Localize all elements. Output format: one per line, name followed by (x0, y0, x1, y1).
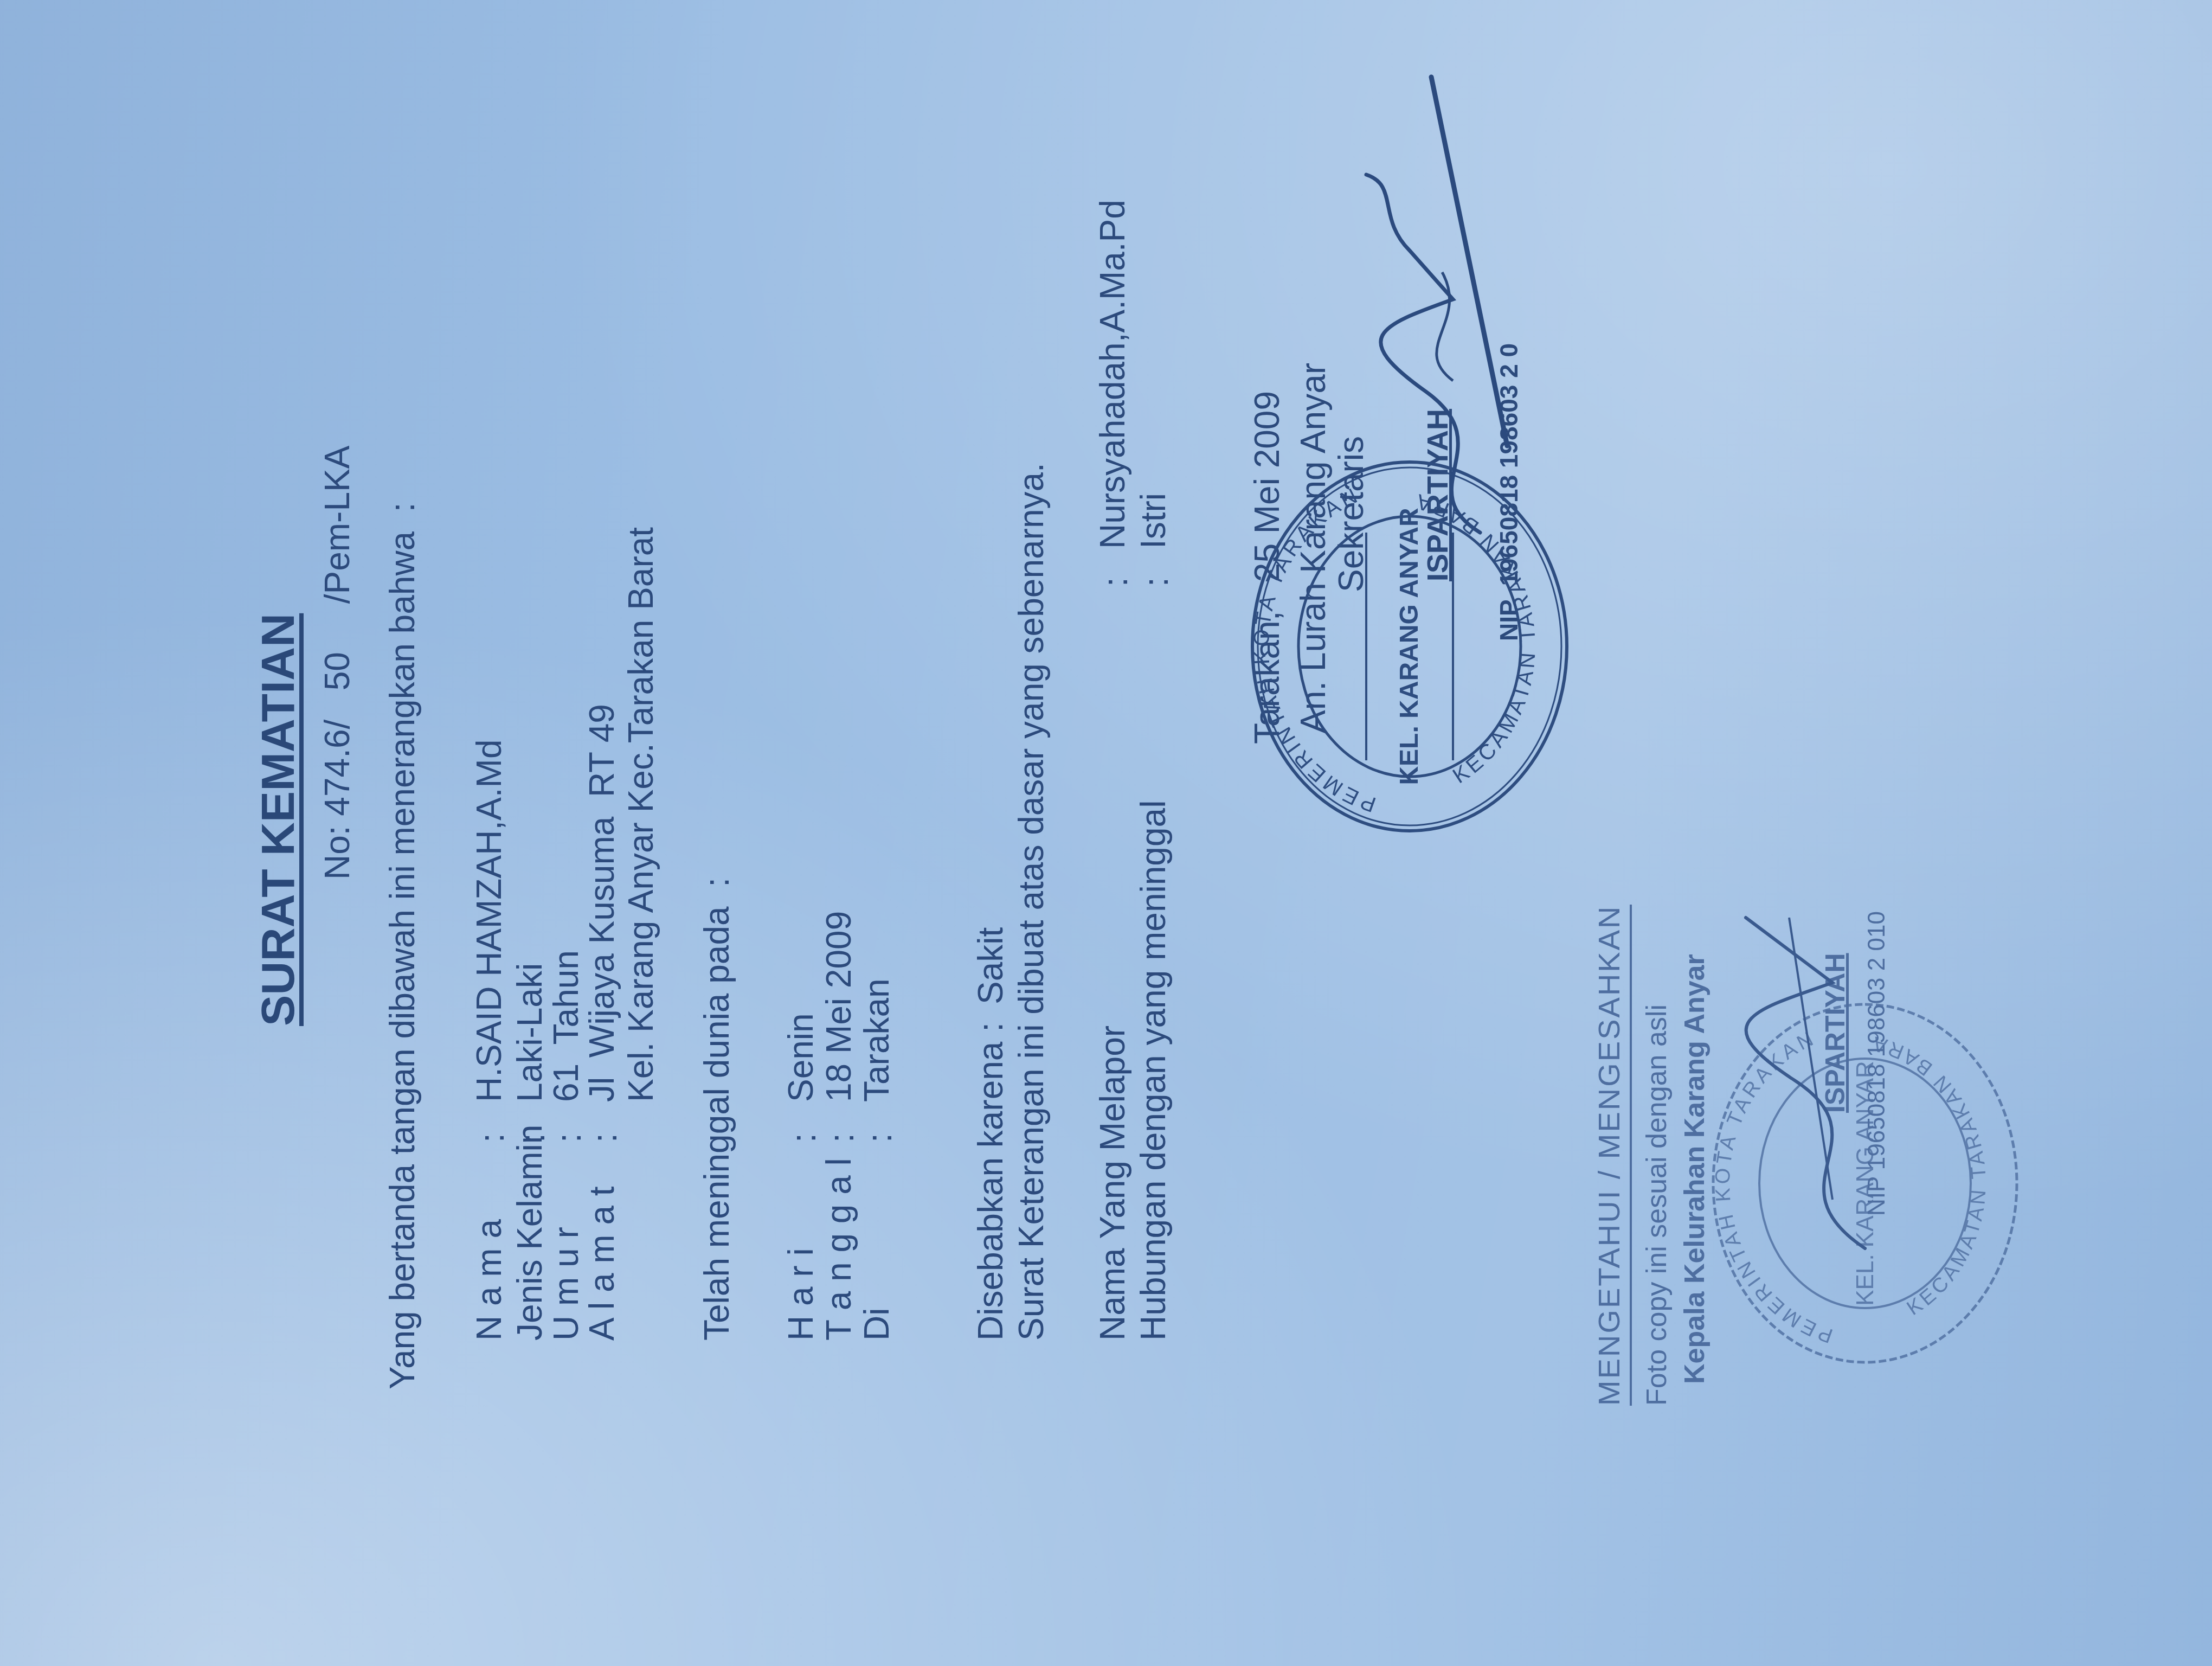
death-certificate-page: SURAT KEMATIAN No: 474.6/ 50 /Pem-LKA Ya… (0, 0, 2212, 1666)
label-di: Di (859, 1308, 894, 1341)
colon: : (1136, 577, 1176, 587)
statement: Surat Keterangan ini dibuat atas dasar y… (1014, 463, 1049, 1341)
legalization-nip: NIP 19650818 198603 2 010 (1865, 911, 1889, 1216)
value-hubungan: Istri (1136, 493, 1171, 549)
cause-label: Disebabkan karena : (973, 1022, 1008, 1341)
colon: : (549, 1133, 589, 1143)
colon: : (1095, 577, 1135, 587)
label-alamat: A l a m a t (584, 1186, 619, 1341)
value-nama: H.SAID HAMZAH,A.Md (472, 739, 506, 1102)
signatory-name: ISPARTIYAH (1423, 409, 1452, 581)
cause-value: Sakit (973, 927, 1008, 1004)
signature-position: Sekretaris (1334, 436, 1368, 592)
value-umur: 61 Tahun (549, 950, 583, 1102)
colon: : (584, 1133, 625, 1143)
label-nama: N a m a (472, 1219, 506, 1341)
label-hari: H a r i (783, 1248, 818, 1341)
label-hubungan: Hubungan dengan yang meninggal (1136, 800, 1171, 1341)
stamp-outer-top: PEMERINTAH KOTA TARAKAN (1712, 1027, 1836, 1348)
colon: : (859, 1133, 899, 1143)
legalization-line2: Kepala Kelurahan Karang Anyar (1681, 954, 1709, 1384)
colon: : (472, 1133, 512, 1143)
intro-text: Yang bertanda tangan dibawah ini meneran… (385, 502, 420, 1389)
value-nama-pelapor: Nursyahadah,A.Ma.Pd (1095, 200, 1130, 549)
value-jenis-kelamin: Laki-Laki (512, 963, 547, 1102)
document-number: No: 474.6/ 50 /Pem-LKA (320, 446, 355, 880)
label-umur: U m u r (549, 1227, 583, 1341)
legalization-signature-icon (1724, 885, 1887, 1265)
death-intro: Telah meninggal dunia pada : (699, 877, 734, 1341)
value-alamat-line2: Kel. Karang Anyar Kec.Tarakan Barat (623, 527, 658, 1102)
legalization-signatory-name: ISPARTIYAH (1822, 953, 1849, 1113)
stamp-center: KEL. KARANG ANYAR (1395, 508, 1424, 785)
legalization-heading: MENGETAHUI / MENGESAHKAN (1594, 905, 1632, 1406)
signatory-nip: NIP 19650818 198603 2 0 (1496, 343, 1521, 641)
colon: : (512, 1133, 552, 1143)
label-nama-pelapor: Nama Yang Melapor (1095, 1026, 1130, 1341)
svg-text:PEMERINTAH KOTA TARAKAN: PEMERINTAH KOTA TARAKAN (1712, 1027, 1836, 1348)
colon: : (783, 1133, 824, 1143)
signature-place-date: Tarakan, 25 Mei 2009 (1250, 391, 1284, 744)
value-di: Tarakan (859, 978, 894, 1102)
label-tanggal: T a n g g a l (821, 1158, 856, 1341)
legalization-line1: Foto copy ini sesuai dengan asli (1643, 1004, 1671, 1406)
value-tanggal: 18 Mei 2009 (821, 911, 856, 1102)
document-title: SURAT KEMATIAN (255, 613, 301, 1026)
signature-on-behalf: An. Lurah Karang Anyar (1296, 363, 1330, 733)
value-alamat: Jl Wijaya Kusuma RT 49 (584, 704, 619, 1102)
colon: : (821, 1133, 861, 1143)
value-hari: Senin (783, 1013, 818, 1102)
legalization-stamp-icon: PEMERINTAH KOTA TARAKAN KECAMATAN TARAKA… (1697, 994, 2022, 1373)
label-jenis-kelamin: Jenis Kelamin (512, 1125, 547, 1341)
